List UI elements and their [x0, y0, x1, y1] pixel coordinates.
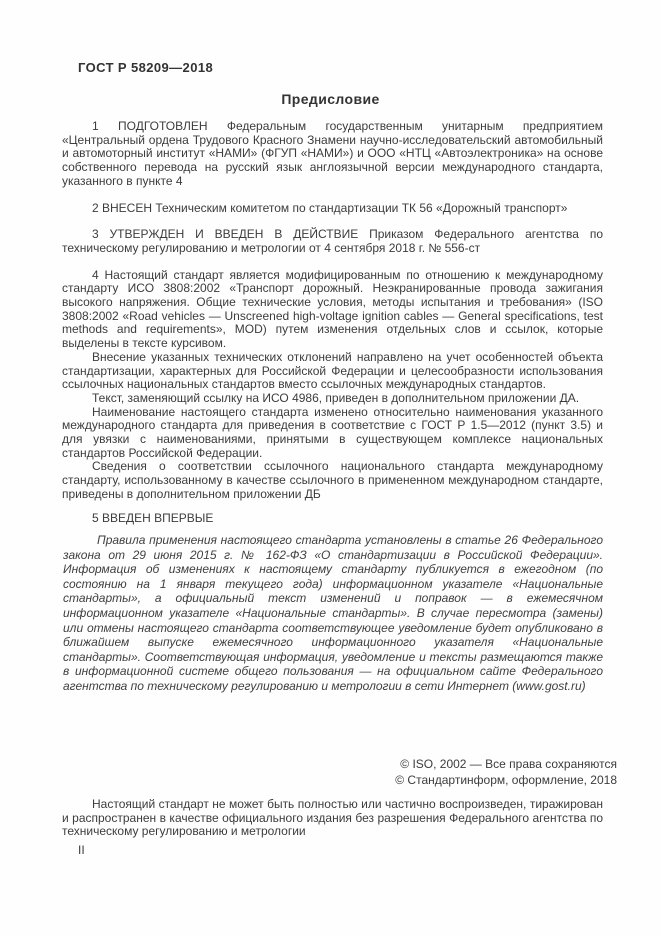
- foreword-item-4-para-5: Сведения о соответствии ссылочного нацио…: [62, 460, 603, 501]
- foreword-item-4-para-4: Наименование настоящего стандарта измене…: [62, 406, 603, 461]
- reproduction-restriction-note: Настоящий стандарт не может быть полност…: [62, 798, 603, 839]
- document-page: ГОСТ Р 58209—2018 Предисловие 1 ПОДГОТОВ…: [0, 0, 661, 935]
- doc-number-header: ГОСТ Р 58209—2018: [78, 60, 213, 75]
- page-title: Предисловие: [0, 91, 661, 107]
- foreword-item-3: 3 УТВЕРЖДЕН И ВВЕДЕН В ДЕЙСТВИЕ Приказом…: [62, 228, 603, 255]
- foreword-item-4-para-3: Текст, заменяющий ссылку на ИСО 4986, пр…: [62, 392, 603, 406]
- foreword-item-4-para-2: Внесение указанных технических отклонени…: [62, 351, 603, 392]
- application-rules-note: Правила применения настоящего стандарта …: [63, 533, 603, 694]
- copyright-standartinform-line: © Стандартинформ, оформление, 2018: [0, 773, 617, 789]
- foreword-item-1: 1 ПОДГОТОВЛЕН Федеральным государственны…: [62, 120, 603, 189]
- foreword-item-2: 2 ВНЕСЕН Техническим комитетом по станда…: [62, 202, 603, 216]
- foreword-body: 1 ПОДГОТОВЛЕН Федеральным государственны…: [62, 113, 603, 525]
- foreword-item-5: 5 ВВЕДЕН ВПЕРВЫЕ: [62, 512, 603, 526]
- foreword-item-4: 4 Настоящий стандарт является модифициро…: [62, 269, 603, 351]
- page-number: II: [78, 843, 85, 857]
- copyright-iso-line: © ISO, 2002 — Все права сохраняются: [0, 757, 617, 773]
- copyright-block: © ISO, 2002 — Все права сохраняются © Ст…: [0, 757, 617, 788]
